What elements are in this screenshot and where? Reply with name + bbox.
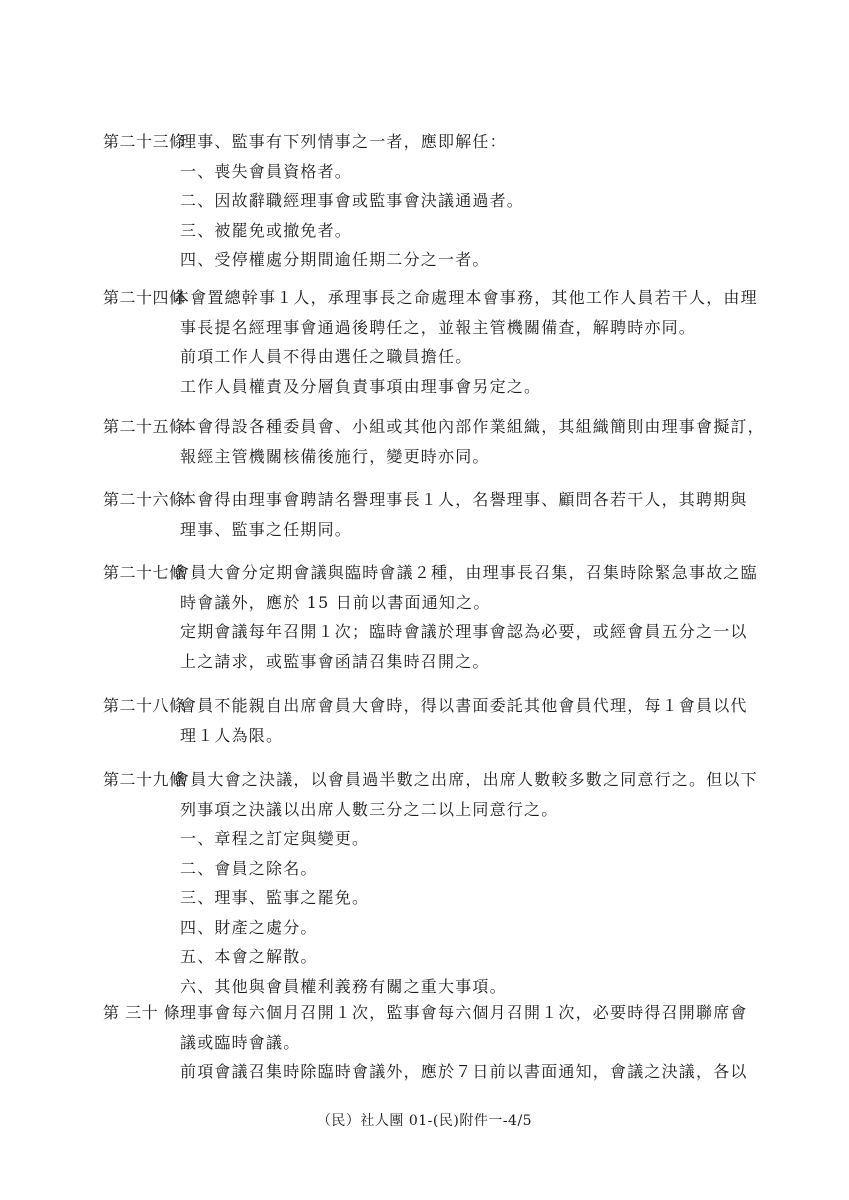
list-item: 三、理事、監事之罷免。: [180, 883, 793, 913]
article-line: 報經主管機關核備後施行，變更時亦同。: [180, 442, 793, 472]
article-body: 會員大會分定期會議與臨時會議２種，由理事長召集，召集時除緊急事故之臨 時會議外，…: [173, 558, 793, 676]
article-30: 第 三十 條 理事會每六個月召開１次，監事會每六個月召開１次，必要時得召開聯席會…: [103, 998, 793, 1087]
article-line: 上之請求，或監事會函請召集時召開之。: [180, 647, 793, 677]
article-body: 會員大會之決議，以會員過半數之出席，出席人數較多數之同意行之。但以下 列事項之決…: [173, 765, 793, 1001]
article-25: 第二十五條 本會得設各種委員會、小組或其他內部作業組織，其組織簡則由理事會擬訂，…: [103, 412, 793, 471]
article-label: 第二十六條: [103, 485, 186, 514]
article-line: 定期會議每年召開１次；臨時會議於理事會認為必要，或經會員五分之一以: [180, 617, 793, 647]
article-body: 理事、監事有下列情事之一者，應即解任： 一、喪失會員資格者。 二、因故辭職經理事…: [180, 127, 793, 275]
article-29: 第二十九條 會員大會之決議，以會員過半數之出席，出席人數較多數之同意行之。但以下…: [103, 765, 793, 1001]
article-line: 議或臨時會議。: [180, 1028, 793, 1058]
document-page: 第二十三條 理事、監事有下列情事之一者，應即解任： 一、喪失會員資格者。 二、因…: [0, 0, 849, 1200]
article-body: 本會得設各種委員會、小組或其他內部作業組織，其組織簡則由理事會擬訂， 報經主管機…: [180, 412, 793, 471]
article-line: 列事項之決議以出席人數三分之二以上同意行之。: [180, 795, 793, 825]
page-footer: （民）社人團 01-(民)附件一-4/5: [0, 1110, 849, 1130]
article-line: 事長提名經理事會通過後聘任之，並報主管機關備查，解聘時亦同。: [180, 313, 793, 343]
article-label: 第二十五條: [103, 412, 186, 441]
article-body: 理事會每六個月召開１次，監事會每六個月召開１次，必要時得召開聯席會 議或臨時會議…: [180, 998, 793, 1087]
article-line: 會員大會分定期會議與臨時會議２種，由理事長召集，召集時除緊急事故之臨: [173, 558, 793, 588]
article-line: 會員不能親自出席會員大會時，得以書面委託其他會員代理，每１會員以代: [180, 691, 793, 721]
article-line: 本會得設各種委員會、小組或其他內部作業組織，其組織簡則由理事會擬訂，: [180, 412, 793, 442]
list-item: 六、其他與會員權利義務有關之重大事項。: [180, 972, 793, 1002]
article-line: 會員大會之決議，以會員過半數之出席，出席人數較多數之同意行之。但以下: [173, 765, 793, 795]
article-label: 第二十七條: [103, 558, 186, 587]
article-line: 工作人員權責及分層負責事項由理事會另定之。: [180, 372, 793, 402]
list-item: 五、本會之解散。: [180, 942, 793, 972]
article-label: 第 三十 條: [103, 998, 180, 1027]
article-27: 第二十七條 會員大會分定期會議與臨時會議２種，由理事長召集，召集時除緊急事故之臨…: [103, 558, 793, 676]
article-label: 第二十九條: [103, 765, 186, 794]
article-line: 理事、監事之任期同。: [180, 515, 793, 545]
article-line: 前項工作人員不得由選任之職員擔任。: [180, 342, 793, 372]
article-label: 第二十四條: [103, 283, 186, 312]
article-line: 理事、監事有下列情事之一者，應即解任：: [180, 127, 793, 157]
article-23: 第二十三條 理事、監事有下列情事之一者，應即解任： 一、喪失會員資格者。 二、因…: [103, 127, 793, 275]
article-28: 第二十八條 會員不能親自出席會員大會時，得以書面委託其他會員代理，每１會員以代 …: [103, 691, 793, 750]
article-line: 時會議外，應於 15 日前以書面通知之。: [180, 588, 793, 618]
article-line: 前項會議召集時除臨時會議外，應於７日前以書面通知，會議之決議，各以: [180, 1057, 793, 1087]
list-item: 二、會員之除名。: [180, 854, 793, 884]
article-body: 本會得由理事會聘請名譽理事長１人，名譽理事、顧問各若干人，其聘期與 理事、監事之…: [180, 485, 793, 544]
list-item: 三、被罷免或撤免者。: [180, 216, 793, 246]
article-label: 第二十八條: [103, 691, 186, 720]
article-24: 第二十四條 本會置總幹事１人，承理事長之命處理本會事務，其他工作人員若干人，由理…: [103, 283, 793, 401]
list-item: 一、喪失會員資格者。: [180, 157, 793, 187]
article-line: 理事會每六個月召開１次，監事會每六個月召開１次，必要時得召開聯席會: [180, 998, 793, 1028]
list-item: 一、章程之訂定與變更。: [180, 824, 793, 854]
list-item: 四、受停權處分期間逾任期二分之一者。: [180, 245, 793, 275]
article-label: 第二十三條: [103, 127, 186, 156]
article-line: 理１人為限。: [180, 721, 793, 751]
article-26: 第二十六條 本會得由理事會聘請名譽理事長１人，名譽理事、顧問各若干人，其聘期與 …: [103, 485, 793, 544]
article-body: 本會置總幹事１人，承理事長之命處理本會事務，其他工作人員若干人，由理 事長提名經…: [173, 283, 793, 401]
article-line: 本會置總幹事１人，承理事長之命處理本會事務，其他工作人員若干人，由理: [173, 283, 793, 313]
list-item: 二、因故辭職經理事會或監事會決議通過者。: [180, 186, 793, 216]
list-item: 四、財產之處分。: [180, 913, 793, 943]
article-body: 會員不能親自出席會員大會時，得以書面委託其他會員代理，每１會員以代 理１人為限。: [180, 691, 793, 750]
article-line: 本會得由理事會聘請名譽理事長１人，名譽理事、顧問各若干人，其聘期與: [180, 485, 793, 515]
